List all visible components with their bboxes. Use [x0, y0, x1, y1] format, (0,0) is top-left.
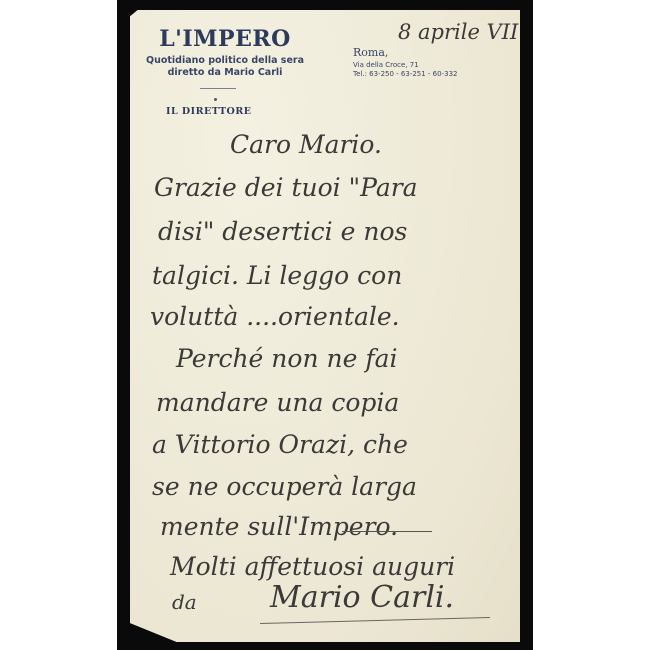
letter-line: Caro Mario. — [230, 130, 382, 159]
letter-line: talgici. Li leggo con — [152, 261, 402, 290]
letterhead-subtitle-1: Quotidiano politico della sera — [130, 55, 320, 66]
letter-line: disi" desertici e nos — [158, 217, 407, 246]
letterhead-title: L'IMPERO — [150, 26, 300, 52]
signature-underline — [260, 617, 490, 624]
letter-line: a Vittorio Orazi, che — [152, 430, 408, 459]
letterhead-address: Via della Croce, 71 — [353, 61, 419, 69]
handwritten-date: 8 aprile VII — [398, 20, 518, 44]
letter-line: mente sull'Impero. — [160, 512, 398, 541]
letterhead-city: Roma, — [353, 46, 388, 59]
letterhead-dot — [214, 98, 217, 101]
letter-line: se ne occuperà larga — [152, 472, 417, 501]
letterhead-phones: Tel.: 63-250 - 63-251 - 60-332 — [353, 70, 457, 78]
letter-line: mandare una copia — [156, 388, 399, 417]
letter-line: Grazie dei tuoi "Para — [154, 173, 418, 202]
letter-line: voluttà ....orientale. — [150, 302, 400, 331]
signature: Mario Carli. — [270, 580, 454, 615]
letter-line: da — [172, 590, 197, 614]
letter-line: Molti affettuosi auguri — [170, 552, 455, 581]
letterhead-subtitle-2: diretto da Mario Carli — [130, 67, 320, 78]
letter-sheet: L'IMPERO Quotidiano politico della sera … — [130, 10, 520, 642]
letterhead-divider — [200, 88, 236, 89]
letterhead-department: IL DIRETTORE — [166, 106, 251, 117]
impero-underline — [342, 531, 432, 532]
letter-line: Perché non ne fai — [176, 344, 397, 373]
